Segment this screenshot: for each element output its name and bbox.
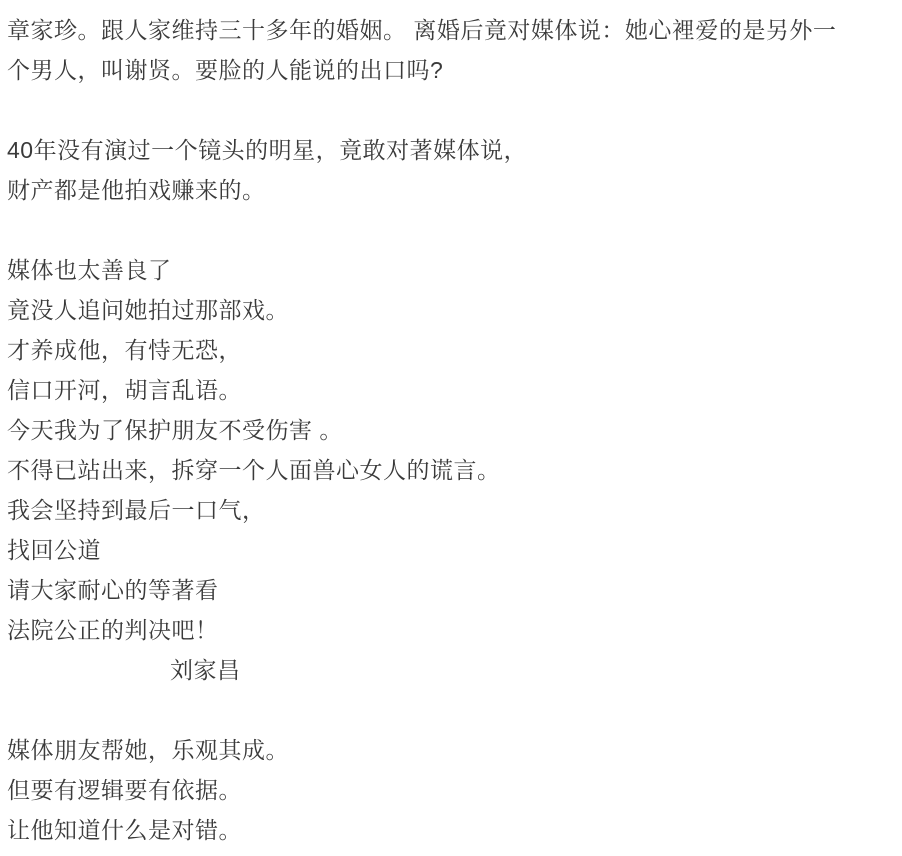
text-line: 媒体朋友帮她，乐观其成。 xyxy=(7,730,896,770)
paragraph-intro: 章家珍。跟人家维持三十多年的婚姻。 离婚后竟对媒体说：她心裡爱的是另外一 个男人… xyxy=(7,10,896,90)
text-line: 但要有逻辑要有依据。 xyxy=(7,770,896,810)
text-line: 财产都是他拍戏赚来的。 xyxy=(7,170,896,210)
text-line: 找回公道 xyxy=(7,530,896,570)
text-line: 竟没人追问她拍过那部戏。 xyxy=(7,290,896,330)
text-line: 法院公正的判决吧！ xyxy=(7,610,896,650)
signature-line: 刘家昌 xyxy=(7,650,896,690)
text-line: 让他知道什么是对错。 xyxy=(7,810,896,850)
paragraph-closing: 媒体朋友帮她，乐观其成。 但要有逻辑要有依据。 让他知道什么是对错。 xyxy=(7,730,896,850)
article-text: 章家珍。跟人家维持三十多年的婚姻。 离婚后竟对媒体说：她心裡爱的是另外一 个男人… xyxy=(0,0,902,850)
text-line: 今天我为了保护朋友不受伤害 。 xyxy=(7,410,896,450)
text-line: 媒体也太善良了 xyxy=(7,250,896,290)
text-line: 我会坚持到最后一口气， xyxy=(7,490,896,530)
paragraph-statement: 媒体也太善良了 竟没人追问她拍过那部戏。 才养成他，有恃无恐， 信口开河，胡言乱… xyxy=(7,250,896,690)
text-line: 请大家耐心的等著看 xyxy=(7,570,896,610)
paragraph-accusation: 40年没有演过一个镜头的明星，竟敢对著媒体说， 财产都是他拍戏赚来的。 xyxy=(7,130,896,210)
text-line: 40年没有演过一个镜头的明星，竟敢对著媒体说， xyxy=(7,130,896,170)
text-line: 信口开河，胡言乱语。 xyxy=(7,370,896,410)
text-line: 不得已站出来，拆穿一个人面兽心女人的谎言。 xyxy=(7,450,896,490)
text-line: 才养成他，有恃无恐， xyxy=(7,330,896,370)
text-line: 章家珍。跟人家维持三十多年的婚姻。 离婚后竟对媒体说：她心裡爱的是另外一 xyxy=(7,10,896,50)
text-line: 个男人，叫谢贤。要脸的人能说的出口吗? xyxy=(7,50,896,90)
